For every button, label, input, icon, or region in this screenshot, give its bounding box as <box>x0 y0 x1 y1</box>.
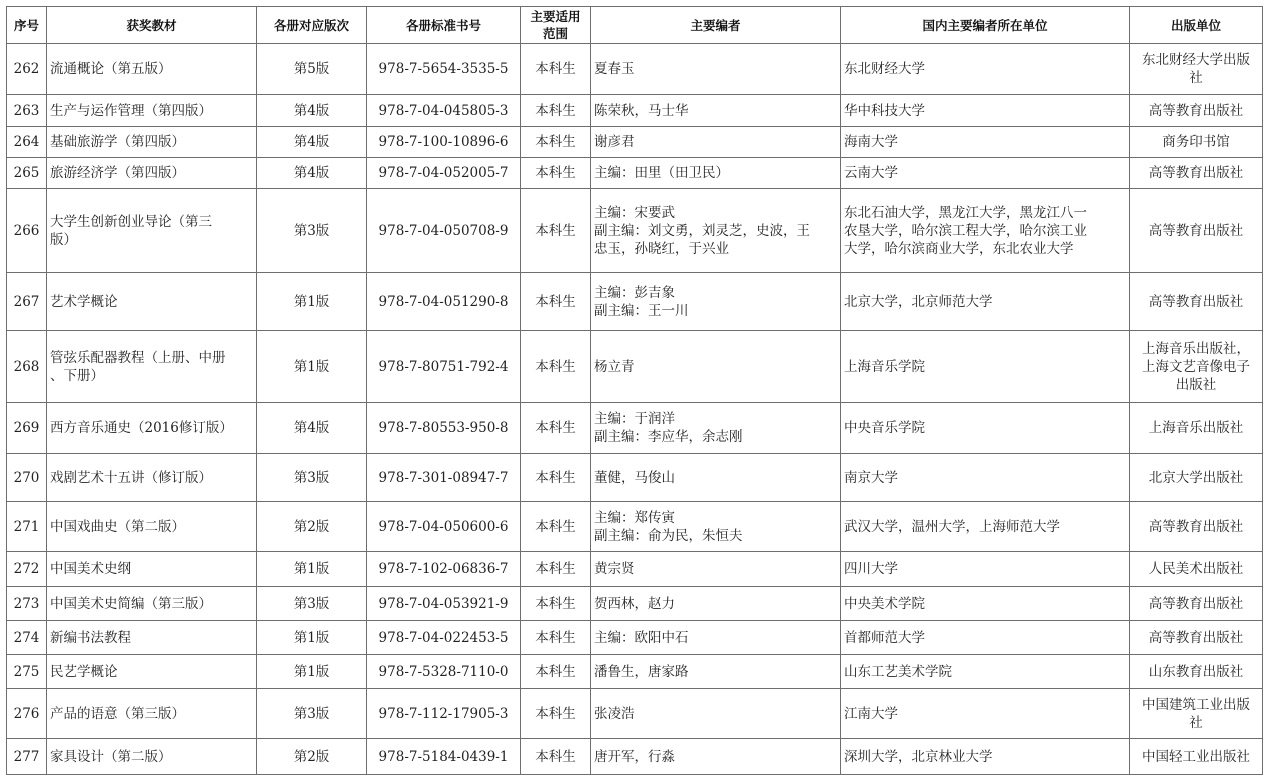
row-editors: 董健，马俊山 <box>591 454 841 502</box>
row-title: 新编书法教程 <box>47 621 257 655</box>
row-units: 海南大学 <box>841 127 1130 158</box>
row-editors: 主编：郑传寅 副主编：俞为民，朱恒夫 <box>591 502 841 552</box>
row-title: 中国美术史纲 <box>47 552 257 587</box>
row-edition: 第1版 <box>257 655 367 689</box>
header-row: 序号 获奖教材 各册对应版次 各册标准书号 主要适用 范围 主要编者 国内主要编… <box>7 7 1263 44</box>
row-title: 中国美术史简编（第三版） <box>47 587 257 621</box>
row-edition: 第4版 <box>257 403 367 454</box>
table-row: 269西方音乐通史（2016修订版）第4版978-7-80553-950-8本科… <box>7 403 1263 454</box>
row-edition: 第1版 <box>257 273 367 331</box>
row-editors: 夏春玉 <box>591 44 841 95</box>
row-seq: 272 <box>7 552 47 587</box>
row-editors: 黄宗贤 <box>591 552 841 587</box>
row-editors: 主编：田里（田卫民） <box>591 158 841 189</box>
row-scope: 本科生 <box>521 739 591 775</box>
table-row: 274新编书法教程第1版978-7-04-022453-5本科生主编：欧阳中石首… <box>7 621 1263 655</box>
header-scope: 主要适用 范围 <box>521 7 591 44</box>
row-scope: 本科生 <box>521 331 591 403</box>
row-publisher: 中国建筑工业出版 社 <box>1130 689 1263 739</box>
row-publisher: 高等教育出版社 <box>1130 587 1263 621</box>
row-editors: 主编：彭吉象 副主编：王一川 <box>591 273 841 331</box>
row-edition: 第4版 <box>257 95 367 127</box>
row-isbn: 978-7-102-06836-7 <box>367 552 521 587</box>
row-editors: 主编：宋要武 副主编：刘文勇，刘灵芝，史波，王 忠玉，孙晓红，于兴业 <box>591 189 841 273</box>
row-title: 家具设计（第二版） <box>47 739 257 775</box>
row-seq: 274 <box>7 621 47 655</box>
row-publisher: 商务印书馆 <box>1130 127 1263 158</box>
row-editors: 主编：欧阳中石 <box>591 621 841 655</box>
row-units: 云南大学 <box>841 158 1130 189</box>
row-editors: 陈荣秋，马士华 <box>591 95 841 127</box>
row-isbn: 978-7-04-053921-9 <box>367 587 521 621</box>
table-row: 277家具设计（第二版）第2版978-7-5184-0439-1本科生唐开军，行… <box>7 739 1263 775</box>
row-seq: 270 <box>7 454 47 502</box>
row-edition: 第3版 <box>257 587 367 621</box>
row-isbn: 978-7-100-10896-6 <box>367 127 521 158</box>
row-scope: 本科生 <box>521 189 591 273</box>
header-publisher: 出版单位 <box>1130 7 1263 44</box>
row-seq: 268 <box>7 331 47 403</box>
row-isbn: 978-7-04-045805-3 <box>367 95 521 127</box>
row-scope: 本科生 <box>521 689 591 739</box>
row-publisher: 北京大学出版社 <box>1130 454 1263 502</box>
row-isbn: 978-7-04-050600-6 <box>367 502 521 552</box>
table-row: 276产品的语意（第三版）第3版978-7-112-17905-3本科生张凌浩江… <box>7 689 1263 739</box>
row-isbn: 978-7-112-17905-3 <box>367 689 521 739</box>
row-scope: 本科生 <box>521 621 591 655</box>
row-units: 东北财经大学 <box>841 44 1130 95</box>
row-seq: 277 <box>7 739 47 775</box>
row-units: 北京大学，北京师范大学 <box>841 273 1130 331</box>
row-title: 管弦乐配器教程（上册、中册 、下册） <box>47 331 257 403</box>
row-seq: 264 <box>7 127 47 158</box>
row-units: 华中科技大学 <box>841 95 1130 127</box>
row-scope: 本科生 <box>521 127 591 158</box>
row-seq: 273 <box>7 587 47 621</box>
row-isbn: 978-7-04-050708-9 <box>367 189 521 273</box>
row-publisher: 东北财经大学出版 社 <box>1130 44 1263 95</box>
header-units: 国内主要编者所在单位 <box>841 7 1130 44</box>
table-row: 263生产与运作管理（第四版）第4版978-7-04-045805-3本科生陈荣… <box>7 95 1263 127</box>
row-seq: 269 <box>7 403 47 454</box>
row-isbn: 978-7-5184-0439-1 <box>367 739 521 775</box>
row-edition: 第5版 <box>257 44 367 95</box>
row-publisher: 山东教育出版社 <box>1130 655 1263 689</box>
row-edition: 第4版 <box>257 158 367 189</box>
row-editors: 唐开军，行淼 <box>591 739 841 775</box>
row-publisher: 高等教育出版社 <box>1130 621 1263 655</box>
row-editors: 杨立青 <box>591 331 841 403</box>
row-publisher: 高等教育出版社 <box>1130 273 1263 331</box>
table-row: 271中国戏曲史（第二版）第2版978-7-04-050600-6本科生主编：郑… <box>7 502 1263 552</box>
row-publisher: 高等教育出版社 <box>1130 95 1263 127</box>
row-title: 艺术学概论 <box>47 273 257 331</box>
row-scope: 本科生 <box>521 95 591 127</box>
table-row: 266大学生创新创业导论（第三 版）第3版978-7-04-050708-9本科… <box>7 189 1263 273</box>
row-scope: 本科生 <box>521 273 591 331</box>
row-units: 深圳大学，北京林业大学 <box>841 739 1130 775</box>
header-isbn: 各册标准书号 <box>367 7 521 44</box>
header-title: 获奖教材 <box>47 7 257 44</box>
row-edition: 第2版 <box>257 739 367 775</box>
row-publisher: 高等教育出版社 <box>1130 502 1263 552</box>
row-units: 上海音乐学院 <box>841 331 1130 403</box>
row-scope: 本科生 <box>521 502 591 552</box>
table-row: 272中国美术史纲第1版978-7-102-06836-7本科生黄宗贤四川大学人… <box>7 552 1263 587</box>
row-seq: 276 <box>7 689 47 739</box>
table-row: 267艺术学概论第1版978-7-04-051290-8本科生主编：彭吉象 副主… <box>7 273 1263 331</box>
row-seq: 265 <box>7 158 47 189</box>
award-textbook-table: 序号 获奖教材 各册对应版次 各册标准书号 主要适用 范围 主要编者 国内主要编… <box>6 6 1263 775</box>
row-units: 中央美术学院 <box>841 587 1130 621</box>
table-row: 268管弦乐配器教程（上册、中册 、下册）第1版978-7-80751-792-… <box>7 331 1263 403</box>
row-title: 生产与运作管理（第四版） <box>47 95 257 127</box>
row-units: 东北石油大学，黑龙江大学，黑龙江八一 农垦大学，哈尔滨工程大学，哈尔滨工业 大学… <box>841 189 1130 273</box>
row-edition: 第3版 <box>257 689 367 739</box>
row-isbn: 978-7-04-051290-8 <box>367 273 521 331</box>
row-scope: 本科生 <box>521 655 591 689</box>
row-title: 旅游经济学（第四版） <box>47 158 257 189</box>
header-seq: 序号 <box>7 7 47 44</box>
row-seq: 262 <box>7 44 47 95</box>
row-title: 中国戏曲史（第二版） <box>47 502 257 552</box>
row-isbn: 978-7-5654-3535-5 <box>367 44 521 95</box>
row-editors: 贺西林，赵力 <box>591 587 841 621</box>
row-units: 山东工艺美术学院 <box>841 655 1130 689</box>
row-edition: 第1版 <box>257 552 367 587</box>
row-title: 基础旅游学（第四版） <box>47 127 257 158</box>
row-publisher: 上海音乐出版社， 上海文艺音像电子 出版社 <box>1130 331 1263 403</box>
table-row: 264基础旅游学（第四版）第4版978-7-100-10896-6本科生谢彦君海… <box>7 127 1263 158</box>
row-scope: 本科生 <box>521 552 591 587</box>
row-edition: 第2版 <box>257 502 367 552</box>
row-scope: 本科生 <box>521 44 591 95</box>
row-title: 流通概论（第五版） <box>47 44 257 95</box>
row-title: 西方音乐通史（2016修订版） <box>47 403 257 454</box>
row-title: 民艺学概论 <box>47 655 257 689</box>
row-edition: 第3版 <box>257 189 367 273</box>
row-edition: 第4版 <box>257 127 367 158</box>
row-scope: 本科生 <box>521 454 591 502</box>
table-row: 262流通概论（第五版）第5版978-7-5654-3535-5本科生夏春玉东北… <box>7 44 1263 95</box>
row-seq: 263 <box>7 95 47 127</box>
row-units: 江南大学 <box>841 689 1130 739</box>
row-units: 首都师范大学 <box>841 621 1130 655</box>
row-edition: 第1版 <box>257 621 367 655</box>
row-title: 戏剧艺术十五讲（修订版） <box>47 454 257 502</box>
table-row: 265旅游经济学（第四版）第4版978-7-04-052005-7本科生主编：田… <box>7 158 1263 189</box>
header-edition: 各册对应版次 <box>257 7 367 44</box>
row-scope: 本科生 <box>521 587 591 621</box>
row-title: 产品的语意（第三版） <box>47 689 257 739</box>
row-isbn: 978-7-80751-792-4 <box>367 331 521 403</box>
row-scope: 本科生 <box>521 158 591 189</box>
row-publisher: 人民美术出版社 <box>1130 552 1263 587</box>
row-title: 大学生创新创业导论（第三 版） <box>47 189 257 273</box>
row-seq: 266 <box>7 189 47 273</box>
row-edition: 第1版 <box>257 331 367 403</box>
row-editors: 谢彦君 <box>591 127 841 158</box>
row-units: 南京大学 <box>841 454 1130 502</box>
row-publisher: 高等教育出版社 <box>1130 189 1263 273</box>
row-editors: 张凌浩 <box>591 689 841 739</box>
row-editors: 潘鲁生，唐家路 <box>591 655 841 689</box>
row-scope: 本科生 <box>521 403 591 454</box>
row-isbn: 978-7-80553-950-8 <box>367 403 521 454</box>
header-editors: 主要编者 <box>591 7 841 44</box>
row-seq: 267 <box>7 273 47 331</box>
row-isbn: 978-7-04-022453-5 <box>367 621 521 655</box>
row-units: 中央音乐学院 <box>841 403 1130 454</box>
row-editors: 主编：于润洋 副主编：李应华，余志刚 <box>591 403 841 454</box>
table-row: 275民艺学概论第1版978-7-5328-7110-0本科生潘鲁生，唐家路山东… <box>7 655 1263 689</box>
row-units: 四川大学 <box>841 552 1130 587</box>
row-seq: 271 <box>7 502 47 552</box>
row-publisher: 高等教育出版社 <box>1130 158 1263 189</box>
row-isbn: 978-7-301-08947-7 <box>367 454 521 502</box>
row-publisher: 中国轻工业出版社 <box>1130 739 1263 775</box>
row-isbn: 978-7-5328-7110-0 <box>367 655 521 689</box>
row-edition: 第3版 <box>257 454 367 502</box>
row-isbn: 978-7-04-052005-7 <box>367 158 521 189</box>
row-units: 武汉大学，温州大学，上海师范大学 <box>841 502 1130 552</box>
table-row: 273中国美术史简编（第三版）第3版978-7-04-053921-9本科生贺西… <box>7 587 1263 621</box>
row-seq: 275 <box>7 655 47 689</box>
table-row: 270戏剧艺术十五讲（修订版）第3版978-7-301-08947-7本科生董健… <box>7 454 1263 502</box>
row-publisher: 上海音乐出版社 <box>1130 403 1263 454</box>
